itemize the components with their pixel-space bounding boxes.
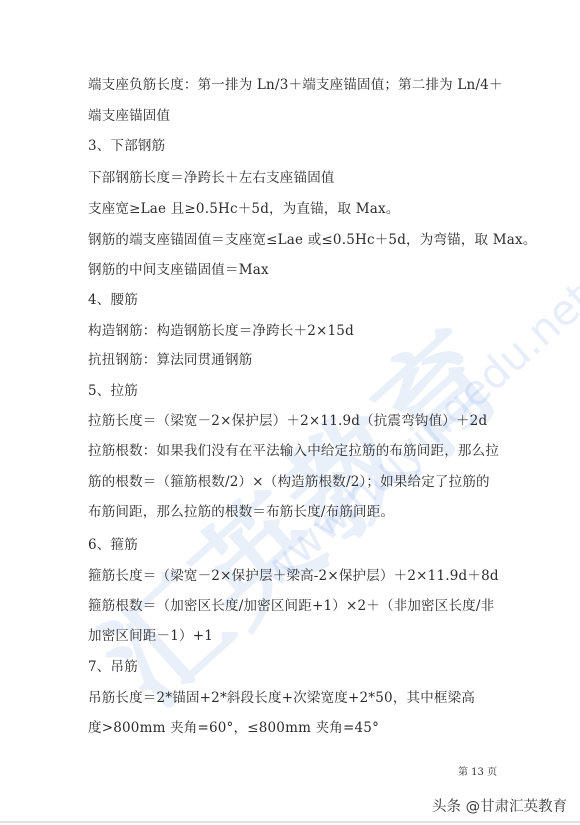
section-heading: 6、箍筋 <box>88 536 138 554</box>
page-number: 第 13 页 <box>458 763 497 778</box>
section-heading: 4、腰筋 <box>88 291 138 309</box>
text-line: 钢筋的中间支座锚固值＝Max <box>88 261 269 279</box>
source-attribution: 头条 @甘肃汇英教育 <box>432 795 567 816</box>
section-heading: 7、吊筋 <box>88 658 138 676</box>
bottom-divider <box>0 821 580 823</box>
document-page: 汇英教育 www.huiyingedu.net 端支座负筋长度：第一排为 Ln/… <box>0 0 580 825</box>
text-line: 拉筋根数：如果我们没有在平法输入中给定拉筋的布筋间距，那么拉 <box>88 442 499 460</box>
text-line: 度>800mm 夹角=60°，≤800mm 夹角=45° <box>88 719 379 737</box>
text-line: 加密区间距－1）+1 <box>88 627 213 645</box>
text-line: 箍筋根数＝（加密区长度/加密区间距+1）×2＋（非加密区长度/非 <box>88 597 494 615</box>
section-heading: 5、拉筋 <box>88 382 138 400</box>
text-line: 构造钢筋：构造钢筋长度＝净跨长＋2×15d <box>88 322 354 340</box>
text-line: 拉筋长度＝（梁宽－2×保护层）＋2×11.9d（抗震弯钩值）＋2d <box>88 412 487 430</box>
text-line: 端支座锚固值 <box>88 107 170 125</box>
text-line: 钢筋的端支座锚固值＝支座宽≤Lae 或≤0.5Hc＋5d，为弯锚，取 Max。 <box>88 231 537 249</box>
text-line: 布筋间距，那么拉筋的根数＝布筋长度/布筋间距。 <box>88 503 394 521</box>
text-line: 筋的根数＝（箍筋根数/2）×（构造筋根数/2）；如果给定了拉筋的 <box>88 473 490 491</box>
text-line: 下部钢筋长度＝净跨长＋左右支座锚固值 <box>88 169 335 187</box>
text-line: 箍筋长度＝（梁宽－2×保护层＋梁高-2×保护层）＋2×11.9d＋8d <box>88 567 499 585</box>
text-line: 端支座负筋长度：第一排为 Ln/3＋端支座锚固值；第二排为 Ln/4＋ <box>88 76 503 94</box>
text-line: 支座宽≥Lae 且≥0.5Hc＋5d，为直锚，取 Max。 <box>88 200 400 218</box>
text-line: 抗扭钢筋：算法同贯通钢筋 <box>88 351 252 369</box>
text-line: 吊筋长度＝2*锚固+2*斜段长度+次梁宽度+2*50，其中框梁高 <box>88 689 475 707</box>
section-heading: 3、下部钢筋 <box>88 137 165 155</box>
